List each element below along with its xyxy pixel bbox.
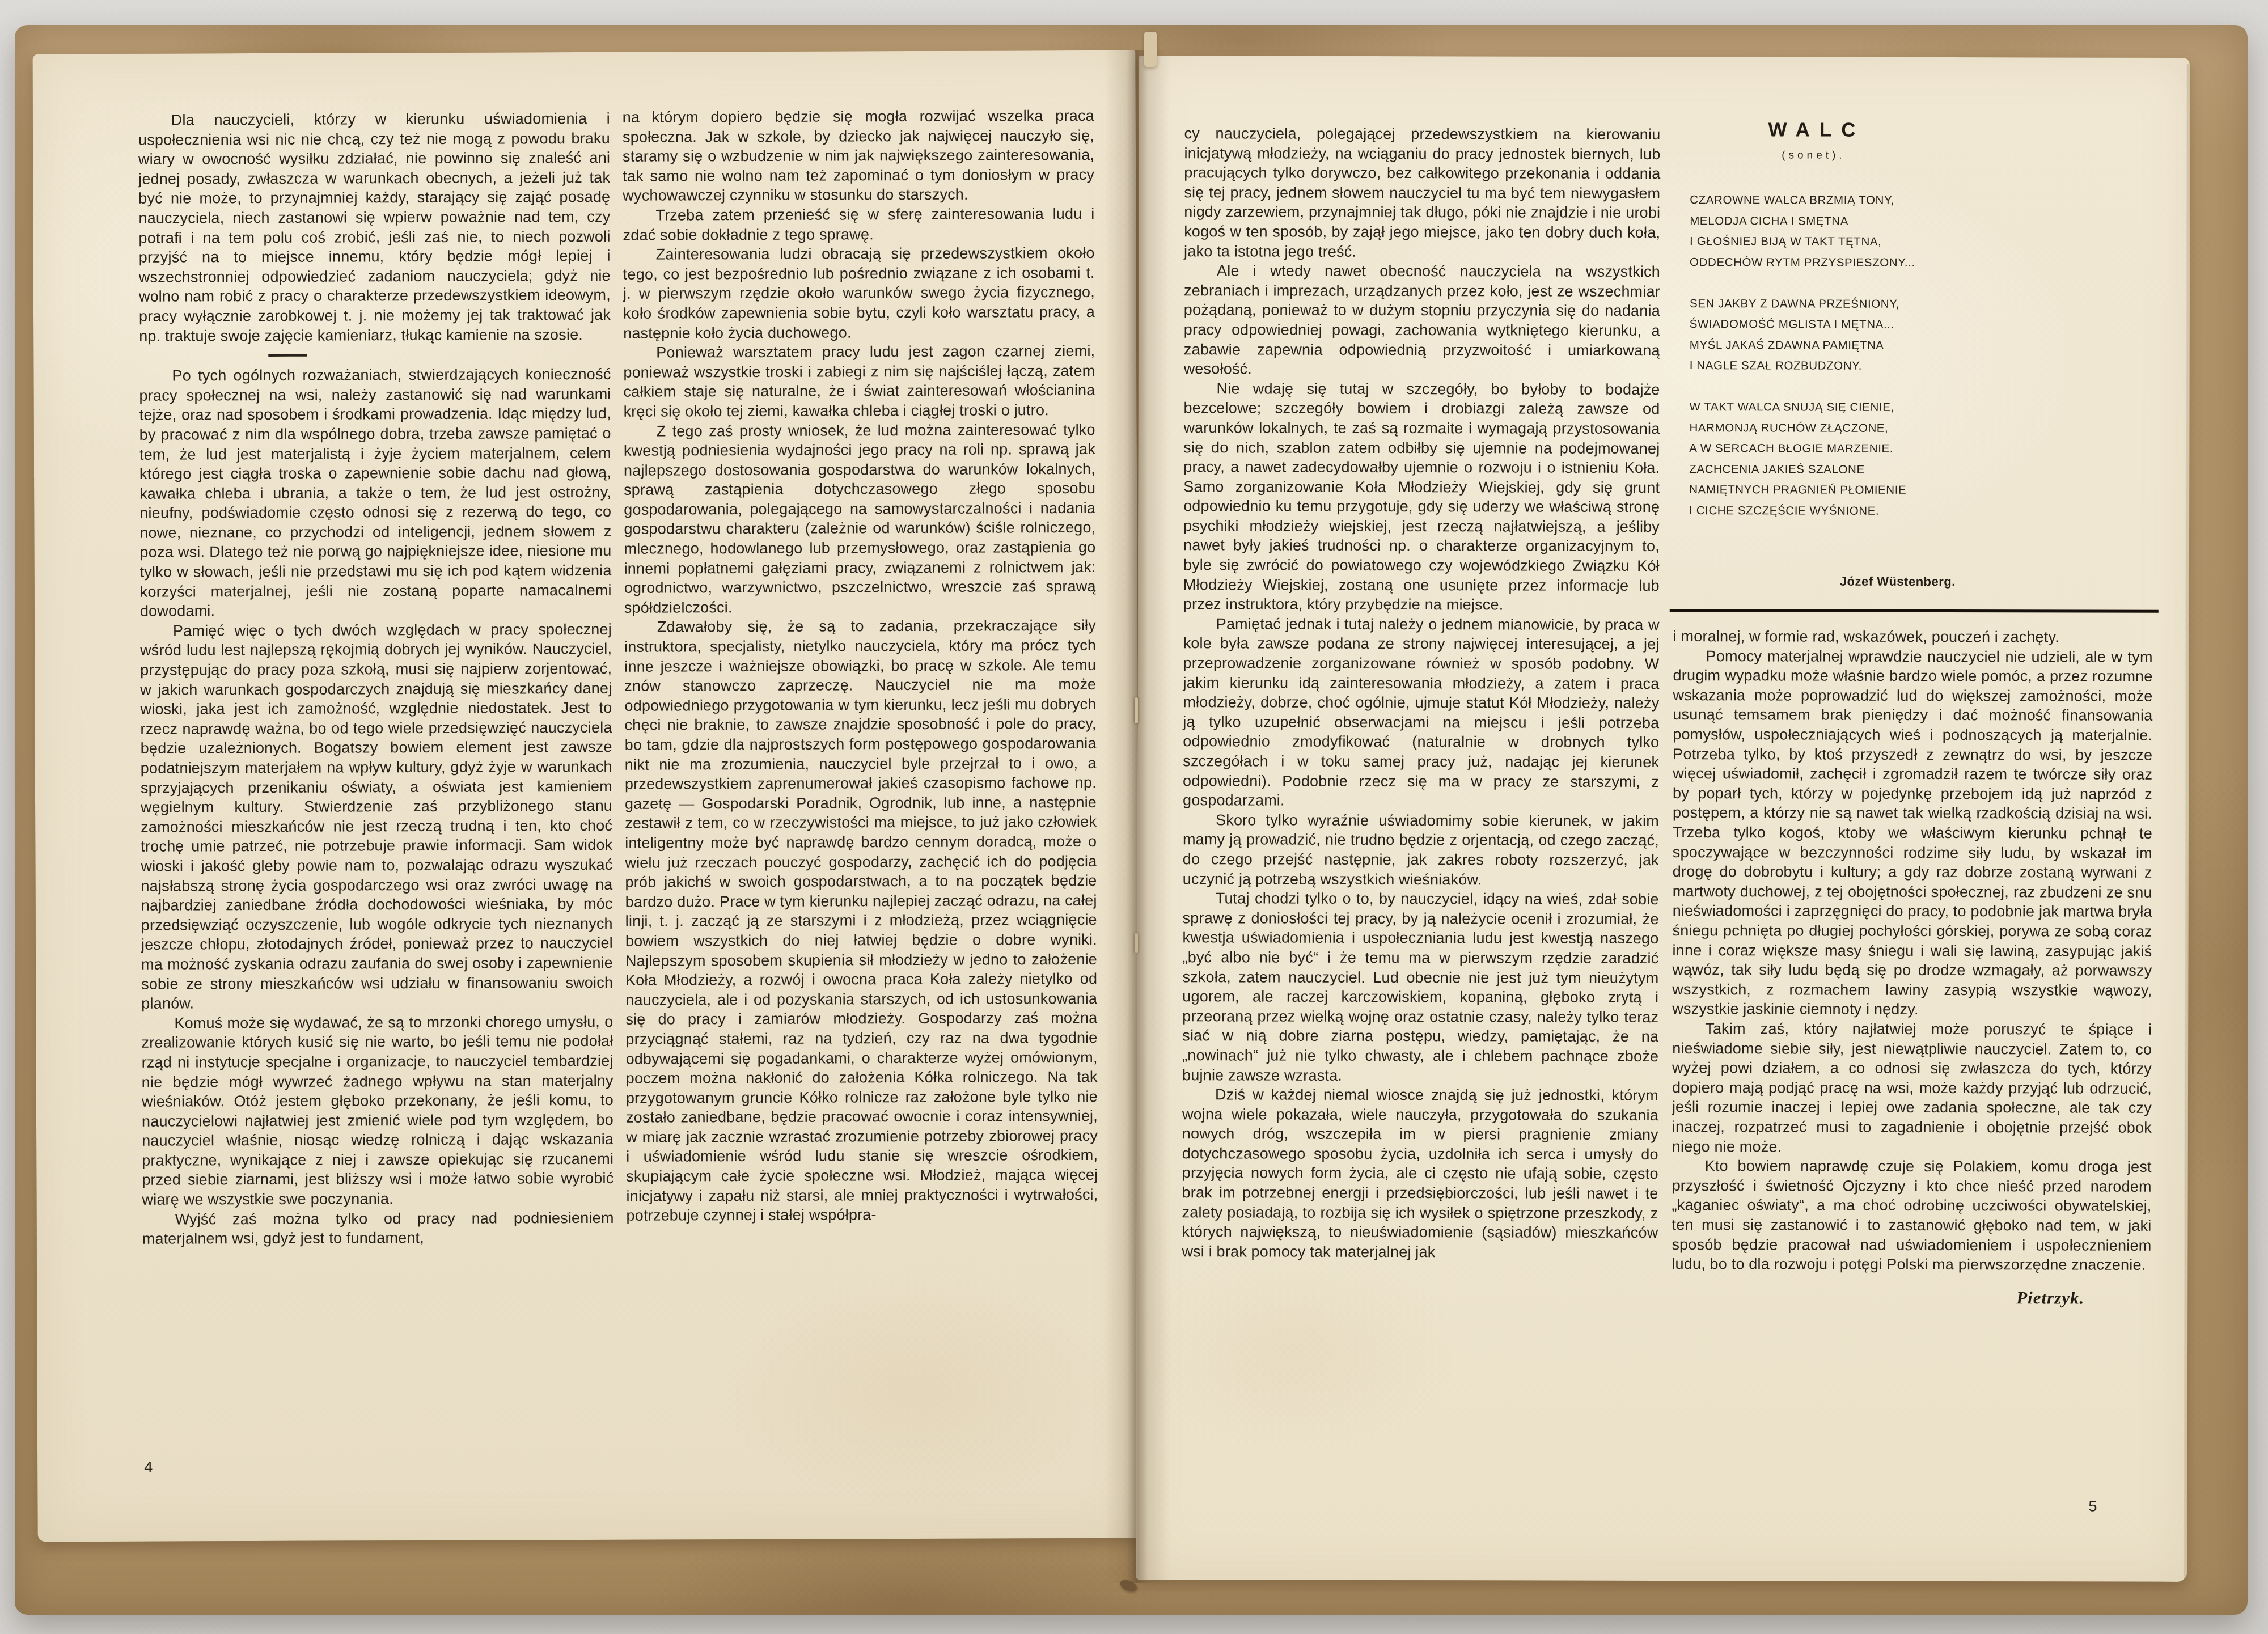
poem-line: ZACHCENIA JAKIEŚ SZALONE bbox=[1689, 459, 1933, 480]
paragraph: Z tego zaś prosty wniosek, że lud można … bbox=[624, 420, 1096, 617]
paragraph: Skoro tylko wyraźnie uświadomimy sobie k… bbox=[1183, 810, 1659, 890]
poem-line: MELODJA CICHA I SMĘTNA bbox=[1690, 211, 1933, 232]
poem-line: W TAKT WALCA SNUJĄ SIĘ CIENIE, bbox=[1689, 397, 1933, 418]
paragraph: Tutaj chodzi tylko o to, by nauczyciel, … bbox=[1182, 888, 1659, 1086]
divider-dash bbox=[268, 354, 307, 357]
paragraph: Nie wdaję się tutaj w szczegóły, bo było… bbox=[1183, 379, 1660, 615]
poem-line: CZAROWNE WALCA BRZMIĄ TONY, bbox=[1690, 190, 1933, 211]
paragraph: i moralnej, w formie rad, wskazówek, pou… bbox=[1673, 626, 2153, 647]
paragraph: Ponieważ warsztatem pracy ludu jest zago… bbox=[623, 341, 1095, 421]
paragraph: Pamiętać jednak i tutaj należy o jednem … bbox=[1183, 614, 1660, 811]
paragraph: Takim zaś, który najłatwiej może poruszy… bbox=[1672, 1019, 2152, 1157]
poem-line: I GŁOŚNIEJ BIJĄ W TAKT TĘTNA, bbox=[1690, 231, 1933, 252]
paragraph-divider bbox=[139, 344, 611, 366]
paragraph: Trzeba zatem przenieść się w sferę zaint… bbox=[623, 204, 1094, 245]
paragraph: Dziś w każdej niemal wiosce znajdą się j… bbox=[1182, 1085, 1658, 1262]
paragraph: Pomocy materjalnej wprawdzie nauczyciel … bbox=[1672, 646, 2152, 1020]
page-number-left: 4 bbox=[144, 1459, 153, 1476]
poem-stanza: W TAKT WALCA SNUJĄ SIĘ CIENIE,HARMONJĄ R… bbox=[1689, 397, 1933, 522]
column-1: Dla nauczycieli, którzy w kierunku uświa… bbox=[138, 109, 614, 1249]
poem-line: HARMONJĄ RUCHÓW ZŁĄCZONE, bbox=[1689, 418, 1933, 439]
horizontal-rule bbox=[1670, 609, 2159, 613]
poem-line: ŚWIADOMOŚĆ MGLISTA I MĘTNA... bbox=[1690, 314, 1933, 335]
poem-line: ODDECHÓW RYTM PRZYSPIESZONY... bbox=[1690, 252, 1933, 273]
poem-line: SEN JAKBY Z DAWNA PRZEŚNIONY, bbox=[1690, 294, 1933, 315]
scanned-spread: Dla nauczycieli, którzy w kierunku uświa… bbox=[0, 0, 2268, 1634]
column-1-paragraphs: Po tych ogólnych rozważaniach, stwierdza… bbox=[139, 365, 613, 1249]
paragraph: Zainteresowania ludzi obracają się przed… bbox=[623, 243, 1095, 343]
poem-line: MYŚL JAKAŚ ZDAWNA PAMIĘTNA bbox=[1690, 335, 1933, 356]
binding-hinge-tab bbox=[1144, 32, 1157, 67]
poem-title: WALC bbox=[1690, 120, 1934, 140]
poem-line: NAMIĘTNYCH PRAGNIEŃ PŁOMIENIE bbox=[1689, 480, 1933, 501]
column-4-paragraphs: i moralnej, w formie rad, wskazówek, pou… bbox=[1672, 626, 2152, 1275]
poem-line: I NAGLE SZAŁ ROZBUDZONY. bbox=[1690, 355, 1933, 376]
page-number-right: 5 bbox=[2088, 1498, 2097, 1516]
poem-line: I CICHE SZCZĘŚCIE WYŚNIONE. bbox=[1689, 501, 1933, 522]
paragraph: Kto bowiem naprawdę czuje się Polakiem, … bbox=[1672, 1156, 2151, 1275]
poem-stanzas: CZAROWNE WALCA BRZMIĄ TONY,MELODJA CICHA… bbox=[1689, 190, 1933, 522]
column-3: cy nauczyciela, polegającej przedewszyst… bbox=[1182, 124, 1660, 1262]
page-left: Dla nauczycieli, którzy w kierunku uświa… bbox=[32, 50, 1140, 1542]
poem-subtitle: (sonet). bbox=[1690, 146, 1933, 166]
poem-stanza: SEN JAKBY Z DAWNA PRZEŚNIONY,ŚWIADOMOŚĆ … bbox=[1690, 294, 1933, 377]
paragraph: Ale i wtedy nawet obecność nauczyciela n… bbox=[1184, 261, 1660, 379]
article-author-signature: Pietrzyk. bbox=[1672, 1288, 2151, 1308]
column-2: na którym dopiero będzie się mogła rozwi… bbox=[623, 106, 1098, 1226]
paragraph: Dla nauczycieli, którzy w kierunku uświa… bbox=[138, 109, 611, 346]
poem-stanza: CZAROWNE WALCA BRZMIĄ TONY,MELODJA CICHA… bbox=[1690, 190, 1933, 273]
paragraph: na którym dopiero będzie się mogła rozwi… bbox=[623, 106, 1095, 206]
paragraph: Pamięć więc o tych dwóch względach w pra… bbox=[140, 620, 613, 1014]
paragraph: Komuś może się wydawać, że są to mrzonki… bbox=[141, 1012, 613, 1210]
column-4: WALC (sonet). CZAROWNE WALCA BRZMIĄ TONY… bbox=[1672, 113, 2153, 1308]
paragraph: Po tych ogólnych rozważaniach, stwierdza… bbox=[139, 365, 612, 621]
paragraph: Zdawałoby się, że są to zadania, przekra… bbox=[624, 616, 1098, 1225]
poem-author-signature: Józef Wüstenberg. bbox=[1689, 572, 1956, 592]
page-right: cy nauczyciela, polegającej przedewszyst… bbox=[1136, 56, 2190, 1582]
paragraph: Wyjść zaś można tylko od pracy nad podni… bbox=[142, 1208, 614, 1248]
poem-line: A W SERCACH BŁOGIE MARZENIE. bbox=[1689, 438, 1933, 459]
poem-walc: WALC (sonet). CZAROWNE WALCA BRZMIĄ TONY… bbox=[1689, 120, 1934, 591]
paragraph: cy nauczyciela, polegającej przedewszyst… bbox=[1184, 124, 1661, 262]
